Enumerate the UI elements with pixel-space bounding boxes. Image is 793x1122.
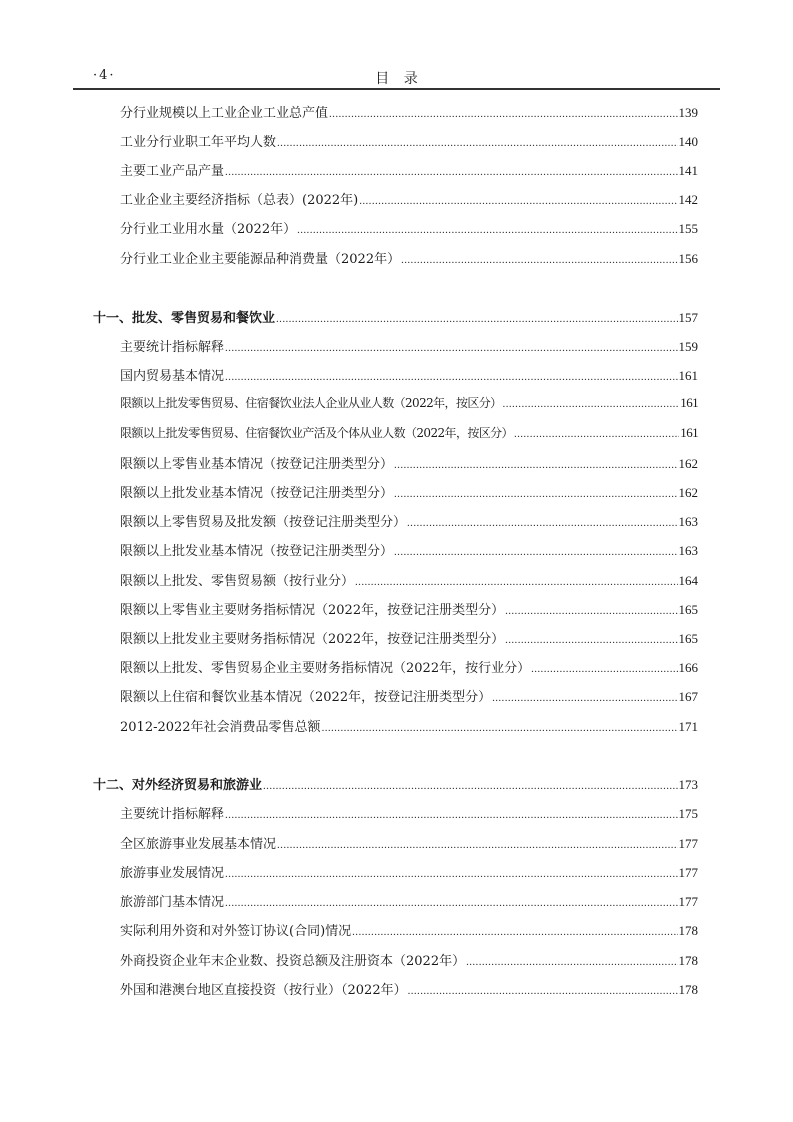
page-ref: 177 xyxy=(679,836,699,852)
running-header: ·4· 目 录 xyxy=(73,68,720,88)
toc-entry[interactable]: 旅游部门基本情况177 xyxy=(120,891,698,911)
toc-entry[interactable]: 限额以上批发、零售贸易企业主要财务指标情况（2022年，按行业分）166 xyxy=(120,657,698,677)
page-ref: 141 xyxy=(679,163,699,179)
dot-leader xyxy=(225,371,677,383)
dot-leader xyxy=(276,313,677,325)
toc-entry[interactable]: 主要统计指标解释159 xyxy=(120,336,698,356)
toc-entry[interactable]: 实际利用外资和对外签订协议(合同)情况178 xyxy=(120,920,698,940)
dot-leader xyxy=(505,634,677,646)
toc-entry[interactable]: 外国和港澳台地区直接投资（按行业）（2022年）178 xyxy=(120,979,698,999)
toc-entry[interactable]: 工业企业主要经济指标（总表）(2022年)142 xyxy=(120,189,698,209)
toc-entry[interactable]: 主要统计指标解释175 xyxy=(120,803,698,823)
toc-chapter-11[interactable]: 十一、批发、零售贸易和餐饮业157 xyxy=(93,307,698,327)
toc-entry[interactable]: 限额以上零售业主要财务指标情况（2022年，按登记注册类型分）165 xyxy=(120,599,698,619)
page-ref: 162 xyxy=(679,456,699,472)
page-ref: 165 xyxy=(679,602,699,618)
dot-leader xyxy=(531,663,677,675)
page-ref: 177 xyxy=(679,894,699,910)
toc-entry[interactable]: 分行业工业用水量（2022年）155 xyxy=(120,218,698,238)
page-ref: 178 xyxy=(679,982,699,998)
page-ref: 142 xyxy=(679,192,699,208)
toc-entry[interactable]: 限额以上批发、零售贸易额（按行业分）164 xyxy=(120,570,698,590)
dot-leader xyxy=(503,398,680,410)
dot-leader xyxy=(277,839,677,851)
dot-leader xyxy=(466,956,677,968)
dot-leader xyxy=(394,459,677,471)
toc-entry[interactable]: 分行业规模以上工业企业工业总产值139 xyxy=(120,102,698,122)
dot-leader xyxy=(225,809,677,821)
page-ref: 139 xyxy=(679,105,699,121)
dot-leader xyxy=(492,692,677,704)
toc-chapter-12[interactable]: 十二、对外经济贸易和旅游业173 xyxy=(93,774,698,794)
dot-leader xyxy=(225,897,677,909)
page-ref: 167 xyxy=(679,689,699,705)
page-ref: 178 xyxy=(679,953,699,969)
toc-entry[interactable]: 旅游事业发展情况177 xyxy=(120,862,698,882)
page-ref: 165 xyxy=(679,631,699,647)
dot-leader xyxy=(225,868,677,880)
page-ref: 161 xyxy=(680,425,698,441)
dot-leader xyxy=(225,342,677,354)
toc-entry[interactable]: 限额以上批发零售贸易、住宿餐饮业产活及个体从业人数（2022年，按区分）161 xyxy=(120,424,698,444)
dot-leader xyxy=(263,780,677,792)
page-title: 目 录 xyxy=(73,68,720,88)
dot-leader xyxy=(355,576,677,588)
page-ref: 164 xyxy=(679,573,699,589)
toc-entry[interactable]: 限额以上住宿和餐饮业基本情况（2022年，按登记注册类型分）167 xyxy=(120,686,698,706)
dot-leader xyxy=(352,926,677,938)
page-ref: 140 xyxy=(679,134,699,150)
toc-entry[interactable]: 限额以上批发业主要财务指标情况（2022年，按登记注册类型分）165 xyxy=(120,628,698,648)
toc-entry[interactable]: 限额以上零售贸易及批发额（按登记注册类型分）163 xyxy=(120,511,698,531)
page-ref: 178 xyxy=(679,923,699,939)
page-ref: 175 xyxy=(679,806,699,822)
page-ref: 177 xyxy=(679,865,699,881)
dot-leader xyxy=(514,428,679,440)
page-ref: 155 xyxy=(679,221,699,237)
page-ref: 159 xyxy=(679,339,699,355)
toc-entry[interactable]: 外商投资企业年末企业数、投资总额及注册资本（2022年）178 xyxy=(120,950,698,970)
page-ref: 163 xyxy=(679,543,699,559)
toc-entry[interactable]: 工业分行业职工年平均人数140 xyxy=(120,131,698,151)
dot-leader xyxy=(297,224,677,236)
header-divider xyxy=(73,88,720,90)
dot-leader xyxy=(322,722,678,734)
toc-entry[interactable]: 分行业工业企业主要能源品种消费量（2022年）156 xyxy=(120,248,698,268)
dot-leader xyxy=(277,137,677,149)
dot-leader xyxy=(407,517,677,529)
toc-entry[interactable]: 2012-2022年社会消费品零售总额171 xyxy=(120,716,698,736)
toc-entry[interactable]: 限额以上批发零售贸易、住宿餐饮业法人企业从业人数（2022年，按区分）161 xyxy=(120,394,698,414)
dot-leader xyxy=(394,488,677,500)
dot-leader xyxy=(225,166,677,178)
page-ref: 156 xyxy=(679,251,699,267)
page-ref: 157 xyxy=(679,310,699,326)
toc-entry[interactable]: 限额以上批发业基本情况（按登记注册类型分）163 xyxy=(120,540,698,560)
page-ref: 163 xyxy=(679,514,699,530)
toc-entry[interactable]: 全区旅游事业发展基本情况177 xyxy=(120,833,698,853)
dot-leader xyxy=(401,254,677,266)
page-ref: 173 xyxy=(679,777,699,793)
toc-entry[interactable]: 限额以上零售业基本情况（按登记注册类型分）162 xyxy=(120,453,698,473)
page-ref: 162 xyxy=(679,485,699,501)
dot-leader xyxy=(505,605,677,617)
toc-entry[interactable]: 限额以上批发业基本情况（按登记注册类型分）162 xyxy=(120,482,698,502)
toc-entry[interactable]: 国内贸易基本情况161 xyxy=(120,365,698,385)
dot-leader xyxy=(394,546,677,558)
page-ref: 161 xyxy=(679,368,699,384)
page-ref: 171 xyxy=(679,719,699,735)
dot-leader xyxy=(359,195,677,207)
dot-leader xyxy=(408,985,678,997)
page-ref: 166 xyxy=(679,660,699,676)
dot-leader xyxy=(329,108,677,120)
page-ref: 161 xyxy=(680,395,698,411)
toc-entry[interactable]: 主要工业产品产量141 xyxy=(120,160,698,180)
